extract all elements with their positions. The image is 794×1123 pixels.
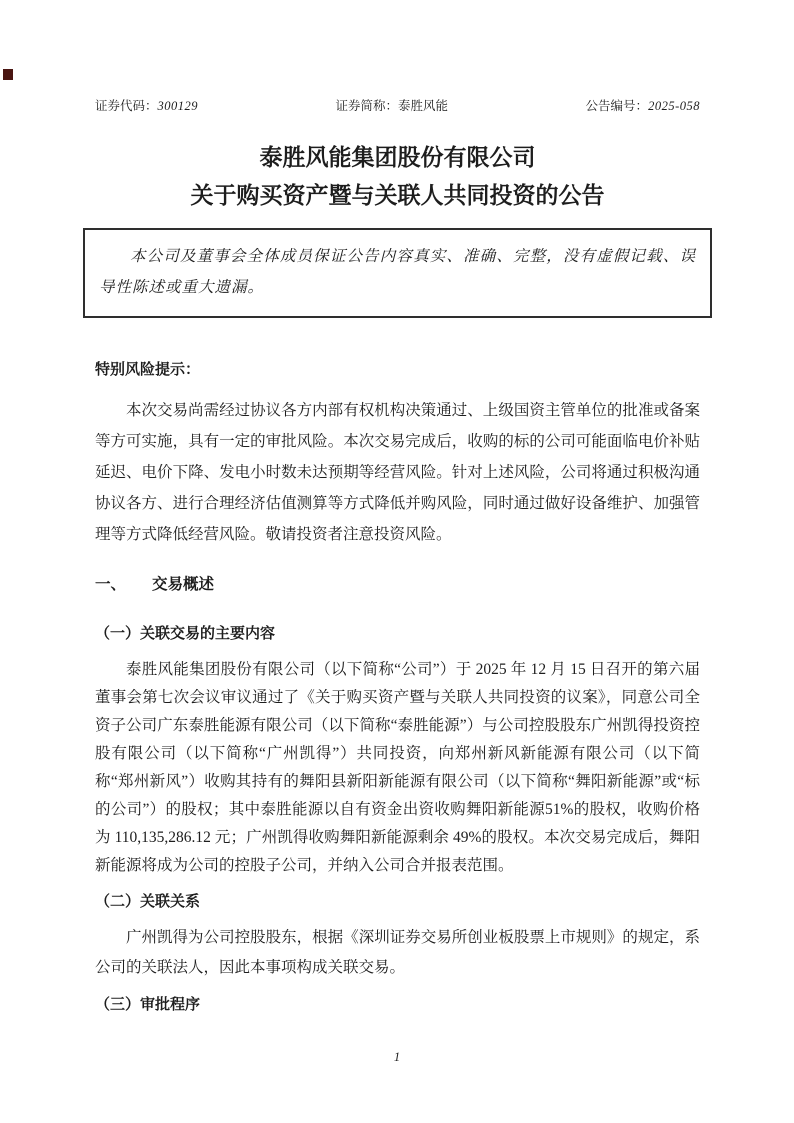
subsection-1-2-body: 广州凯得为公司控股股东，根据《深圳证券交易所创业板股票上市规则》的规定，系公司的… — [95, 923, 700, 983]
stock-name-value: 泰胜风能 — [398, 99, 448, 113]
announcement-title: 关于购买资产暨与关联人共同投资的公告 — [95, 178, 700, 212]
subsection-1-2-heading: （二）关联关系 — [95, 890, 700, 911]
section-1-title: 交易概述 — [152, 576, 214, 593]
stock-name: 证券简称：泰胜风能 — [336, 96, 449, 114]
board-declaration-box: 本公司及董事会全体成员保证公告内容真实、准确、完整，没有虚假记载、误导性陈述或重… — [83, 228, 712, 318]
stock-name-label: 证券简称： — [336, 99, 399, 113]
stock-code-value: 300129 — [158, 99, 199, 113]
document-header: 证券代码：300129 证券简称：泰胜风能 公告编号：2025-058 — [95, 96, 700, 114]
scan-artifact-mark — [3, 69, 13, 80]
subsection-1-3-heading: （三）审批程序 — [95, 993, 700, 1014]
board-declaration-text: 本公司及董事会全体成员保证公告内容真实、准确、完整，没有虚假记载、误导性陈述或重… — [99, 248, 696, 296]
special-risk-heading: 特别风险提示： — [95, 358, 700, 379]
company-title: 泰胜风能集团股份有限公司 — [95, 140, 700, 174]
announcement-number-value: 2025-058 — [648, 99, 700, 113]
announcement-number-label: 公告编号： — [586, 99, 649, 113]
page-number: 1 — [0, 1050, 794, 1065]
announcement-number: 公告编号：2025-058 — [586, 96, 700, 114]
special-risk-body: 本次交易尚需经过协议各方内部有权机构决策通过、上级国资主管单位的批准或备案等方可… — [95, 395, 700, 550]
subsection-1-1-heading: （一）关联交易的主要内容 — [95, 622, 700, 643]
announcement-page: 证券代码：300129 证券简称：泰胜风能 公告编号：2025-058 泰胜风能… — [0, 0, 794, 1123]
subsection-1-1-body: 泰胜风能集团股份有限公司（以下简称“公司”）于 2025 年 12 月 15 日… — [95, 656, 700, 880]
section-1-number: 一、 — [95, 576, 126, 593]
stock-code: 证券代码：300129 — [95, 96, 198, 114]
stock-code-label: 证券代码： — [95, 99, 158, 113]
section-1-heading: 一、交易概述 — [95, 572, 700, 594]
